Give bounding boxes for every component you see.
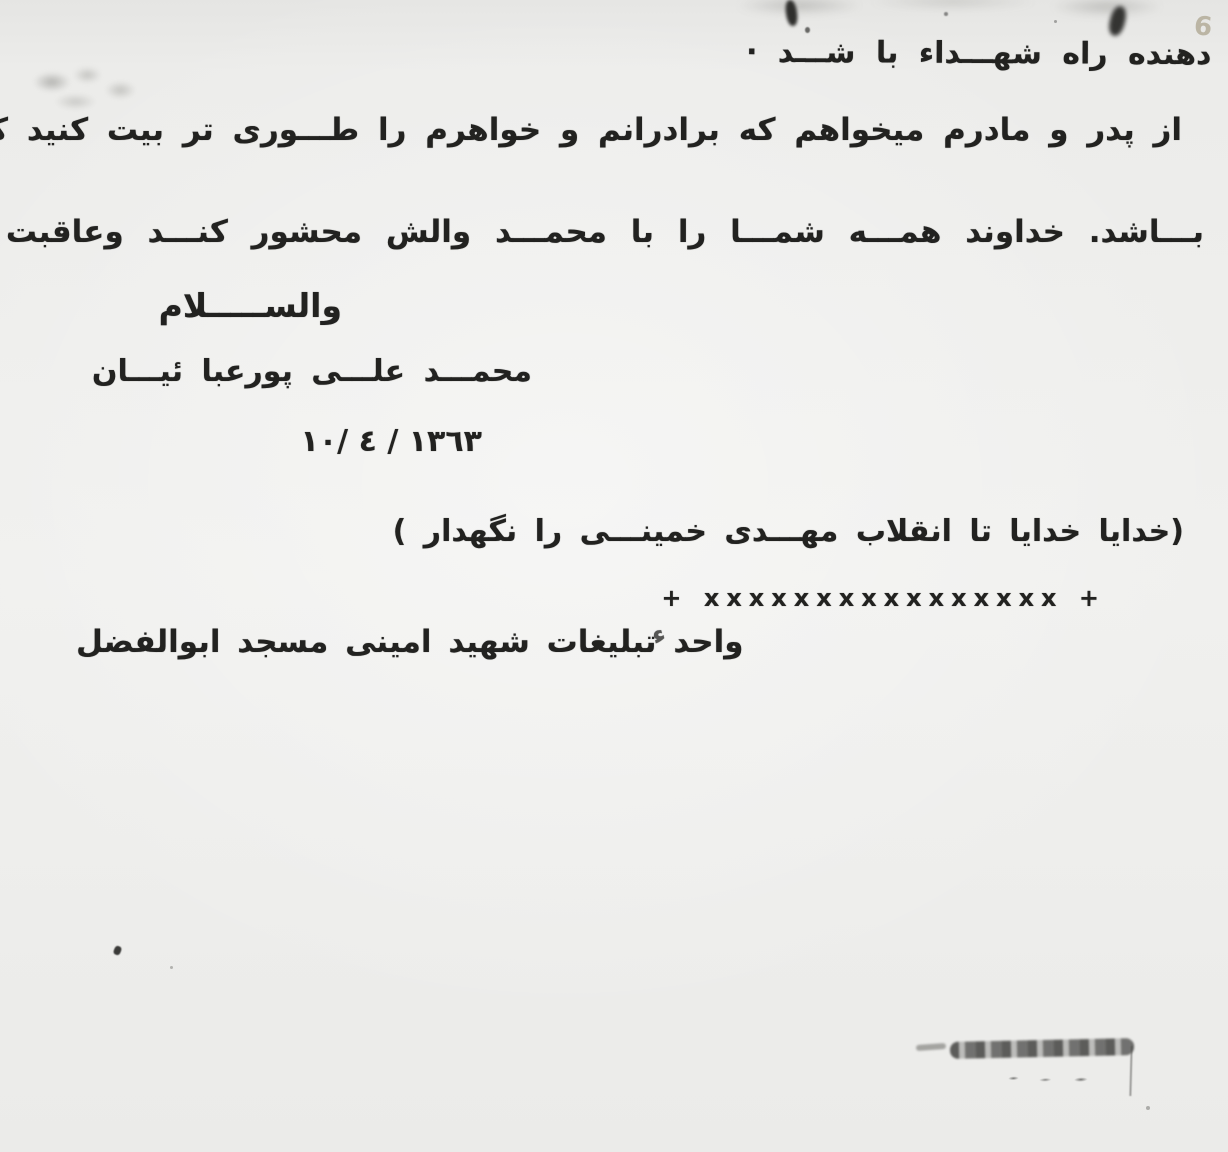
ink-speck-c [1054,20,1057,23]
ink-speck-left-2 [170,966,173,969]
line-prayer: بـــاشد. خداوند همـــه شمـــا را با محمـ… [0,214,1204,250]
line-request-to-parents: از پدر و مادرم میخواهم که برادرانم و خوا… [0,112,1182,148]
scan-page: 6 دهنده راه شهـــداء با شـــد · از پدر و… [0,0,1228,1152]
ink-speck-left [113,945,123,956]
signature-name: محمـــد علـــی پورعبا ئیـــان [92,354,532,389]
bottom-ink-bar-tail [916,1043,946,1051]
bottom-ink-bar [950,1038,1134,1059]
bottom-ink-dashes [1002,1067,1099,1088]
valediction-line: والســـــلام [159,286,342,325]
ink-mark-top-right [1107,5,1129,38]
line-continuation: دهنده راه شهـــداء با شـــد · [746,35,1212,72]
top-smudge-band [718,0,1170,24]
ink-mark-top-left [784,0,799,27]
ink-speck-bottom-right [1146,1106,1150,1110]
slogan-line: (خدایا خدایا تا انقلاب مهـــدی خمینـــی … [393,514,1184,549]
ink-speck-b [944,12,948,16]
ink-speck-a [805,27,810,33]
signature-date: ١٣٦٣ / ٤ /١٠ [301,424,482,459]
bleedthrough-ghost [26,60,144,118]
bottom-fold-line [1129,1046,1132,1096]
footer-line: واحد تبلیغات شهید امینی مسجد ابوالفضل [76,624,743,660]
separator-line: + xxxxxxxxxxxxxxxx + [661,584,1106,612]
